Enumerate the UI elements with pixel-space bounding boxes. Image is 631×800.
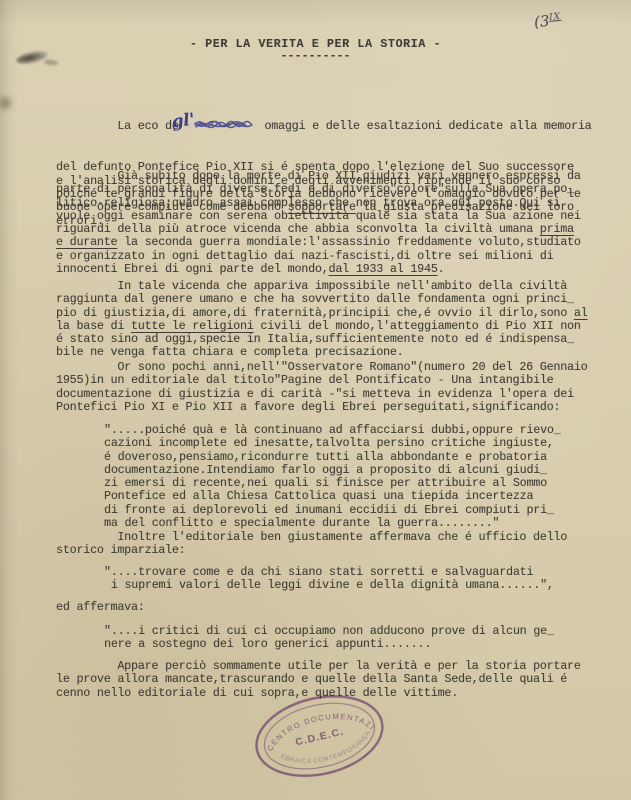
ink-scribble-strikeout [194,117,256,135]
paragraph-6: ed affermava: [56,601,616,614]
title-underline-dashes: ---------- [0,50,631,63]
stamp-middle-text: C.D.E.C. [294,726,345,749]
document-page: (3IX - PER LA VERITA E PER LA STORIA - -… [0,0,631,800]
handwritten-insertion: gl' [171,114,195,127]
typed-text: La eco de [56,119,179,133]
paragraph-3: In tale vicenda che appariva impossibile… [56,280,616,360]
paragraph-2: Già subito dopo la morte di Pio XII,giud… [56,170,616,276]
paragraph-line-with-correction: La eco degl' omaggi e delle esaltazioni … [56,117,616,135]
page-number-annotation: (3IX [533,11,562,31]
paper-stain [0,94,14,112]
paragraph-5: Inoltre l'editoriale ben giustamente aff… [56,531,616,558]
blockquote-2: "....trovare come e da chi siano stati s… [104,566,604,593]
paragraph-4: Or sono pochi anni,nell'"Osservatore Rom… [56,361,616,414]
typed-text: omaggi e delle esaltazioni dedicate alla… [258,119,592,133]
blockquote-1: ".....poiché quà e là continuano ad affa… [104,424,604,530]
blockquote-3: "....i critici di cui ci occupiamo non a… [104,625,604,652]
roman-numeral: IX [549,12,562,23]
